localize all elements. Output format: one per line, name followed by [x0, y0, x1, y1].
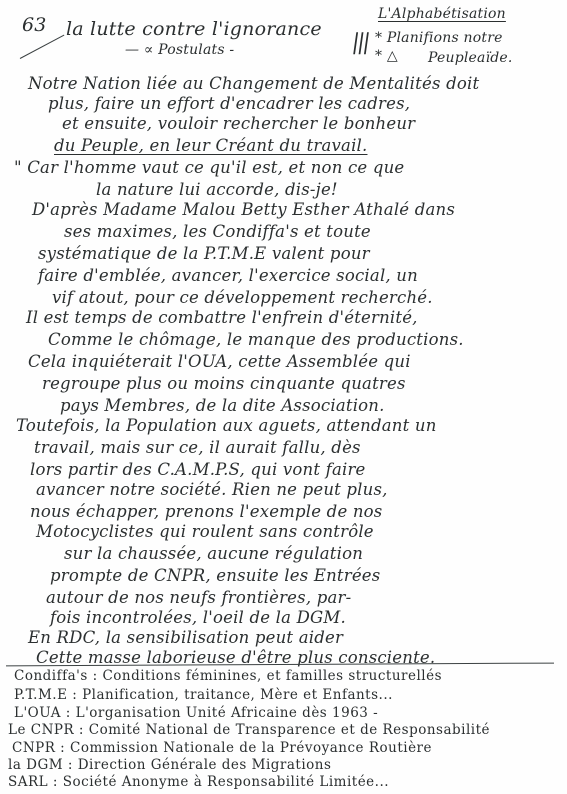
- glossary-entry: la DGM : Direction Générale des Migratio…: [8, 757, 331, 773]
- body-line: la nature lui accorde, dis-je!: [96, 180, 338, 199]
- glossary-definition: L'organisation Unité Africaine dès 1963 …: [76, 705, 379, 721]
- body-line: Notre Nation liée au Changement de Menta…: [28, 74, 479, 93]
- body-line: du Peuple, en leur Créant du travail.: [54, 136, 367, 155]
- body-line: Comme le chômage, le manque des producti…: [48, 330, 464, 349]
- page-number: 63: [22, 14, 47, 36]
- body-line: vif atout, pour ce développement recherc…: [52, 288, 433, 307]
- page-subtitle: — ∝ Postulats -: [125, 42, 234, 58]
- body-line: ses maximes, les Condiffa's et toute: [64, 222, 371, 241]
- side-heading: L'Alphabétisation: [378, 6, 506, 22]
- body-line: regroupe plus ou moins cinquante quatres: [42, 374, 406, 393]
- body-line: plus, faire un effort d'encadrer les cad…: [48, 94, 410, 113]
- glossary-definition: Comité National de Transparence et de Re…: [89, 722, 490, 738]
- body-line: systématique de la P.T.M.E valent pour: [38, 244, 370, 263]
- side-note-1: * Planifions notre: [375, 30, 503, 46]
- body-line: autour de nos neufs frontières, par-: [46, 588, 351, 607]
- body-line: travail, mais sur ce, il aurait fallu, d…: [34, 438, 361, 457]
- body-line: prompte de CNPR, ensuite les Entrées: [50, 566, 380, 585]
- body-line: D'après Madame Malou Betty Esther Athalé…: [32, 200, 455, 219]
- glossary-definition: Planification, traitance, Mère et Enfant…: [82, 687, 393, 703]
- glossary-definition: Conditions féminines, et familles struct…: [102, 668, 442, 684]
- glossary-abbr: Le CNPR: [8, 722, 74, 738]
- body-line: pays Membres, de la dite Association.: [60, 396, 385, 415]
- page-title: la lutte contre l'ignorance: [66, 18, 322, 40]
- glossary-entry: Le CNPR : Comité National de Transparenc…: [8, 722, 490, 738]
- body-line: nous échapper, prenons l'exemple de nos: [30, 502, 382, 521]
- body-line: " Car l'homme vaut ce qu'il est, et non …: [14, 158, 404, 177]
- glossary-abbr: P.T.M.E: [14, 687, 67, 703]
- body-line: fois incontrolées, l'oeil de la DGM.: [50, 608, 346, 627]
- glossary-entry: P.T.M.E : Planification, traitance, Mère…: [14, 687, 393, 703]
- glossary-abbr: Condiffa's: [14, 668, 88, 684]
- body-line: Il est temps de combattre l'enfrein d'ét…: [26, 308, 418, 327]
- body-line: Toutefois, la Population aux aguets, att…: [16, 416, 437, 435]
- glossary-entry: L'OUA : L'organisation Unité Africaine d…: [14, 705, 378, 721]
- glossary-entry: CNPR : Commission Nationale de la Prévoy…: [12, 740, 432, 756]
- body-line: En RDC, la sensibilisation peut aider: [28, 628, 343, 647]
- side-bars: |||: [350, 30, 370, 55]
- glossary-abbr: L'OUA: [14, 705, 61, 721]
- body-line: lors partir des C.A.M.P.S, qui vont fair…: [30, 460, 366, 479]
- glossary-entry: Condiffa's : Conditions féminines, et fa…: [14, 668, 442, 684]
- glossary-entry: SARL : Société Anonyme à Responsabilité …: [8, 774, 389, 790]
- body-line: faire d'emblée, avancer, l'exercice soci…: [38, 266, 418, 285]
- body-line: Cela inquiéterait l'OUA, cette Assemblée…: [28, 352, 411, 371]
- glossary-abbr: CNPR: [12, 740, 55, 756]
- body-line: avancer notre société. Rien ne peut plus…: [36, 480, 388, 499]
- side-note-2-prefix: * △: [375, 48, 398, 64]
- body-line: Motocyclistes qui roulent sans contrôle: [36, 522, 374, 541]
- body-line: sur la chaussée, aucune régulation: [64, 544, 363, 563]
- page-number-stroke: [20, 35, 65, 59]
- body-line: et ensuite, vouloir rechercher le bonheu…: [62, 114, 415, 133]
- glossary-abbr: SARL: [8, 774, 48, 790]
- glossary-definition: Société Anonyme à Responsabilité Limitée…: [63, 774, 389, 790]
- side-note-2: Peupleaïde.: [428, 50, 513, 66]
- glossary-definition: Commission Nationale de la Prévoyance Ro…: [70, 740, 432, 756]
- glossary-abbr: la DGM: [8, 757, 63, 773]
- glossary-definition: Direction Générale des Migrations: [78, 757, 332, 773]
- handwritten-page: 63 la lutte contre l'ignorance — ∝ Postu…: [0, 0, 567, 794]
